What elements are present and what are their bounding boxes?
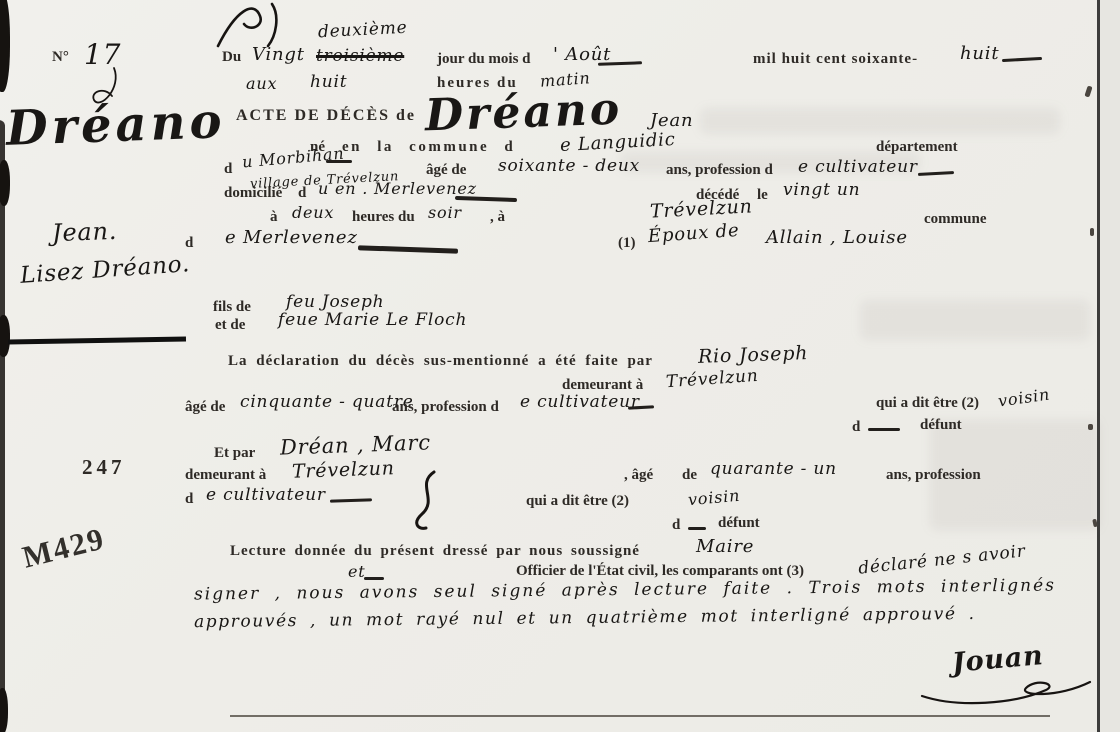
pen-stroke — [364, 577, 384, 580]
printed-du: Du — [222, 50, 241, 66]
profession-value: e cultivateur — [798, 159, 918, 177]
day-struck-word: troisième — [316, 48, 404, 66]
pen-stroke — [1002, 57, 1042, 62]
printed-d1: d — [224, 162, 232, 178]
epoux-note: Époux de — [647, 222, 740, 247]
ink-blot — [0, 688, 8, 732]
printed-a: à — [270, 210, 278, 226]
printed-virgule-a: , à — [490, 210, 505, 226]
printed-quidit2: qui a dit être (2) — [526, 494, 629, 510]
spouse-name: Allain , Louise — [766, 229, 908, 248]
printed-en-la-commune: en la commune d — [342, 140, 515, 156]
ink-blot — [0, 315, 10, 357]
printed-commune: commune — [924, 212, 987, 228]
printed-etpar: Et par — [214, 446, 255, 462]
printed-domicilie: domicilié — [224, 186, 282, 202]
printed-quidit1: qui a dit être (2) — [876, 396, 979, 412]
printed-ref1: (1) — [618, 236, 636, 252]
printed-departement: département — [876, 140, 958, 156]
printed-lecture: Lecture donnée du présent dressé par nou… — [230, 544, 640, 560]
margin-firstname-note: Jean. — [52, 219, 118, 246]
margin-surname: Dréano — [5, 96, 226, 154]
declarant1-profession: e cultivateur — [520, 394, 640, 412]
closing-line3: approuvés , un mot rayé nul et un quatri… — [194, 606, 976, 632]
printed-heures-du2: heures du — [352, 210, 415, 226]
ink-speck — [1084, 85, 1092, 97]
printed-profession3-label: ans, profession — [886, 468, 981, 484]
death-date-value: vingt un — [783, 182, 860, 200]
declarant2-relation: voisin — [687, 488, 740, 509]
printed-declaration-intro: La déclaration du décès sus-mentionné a … — [228, 354, 653, 370]
ink-blot — [0, 160, 10, 206]
pen-stroke — [688, 527, 706, 530]
printed-et-de: et de — [215, 318, 245, 334]
pen-stroke — [358, 245, 458, 253]
signature-flourish — [918, 668, 1098, 702]
et-interline: et — [348, 564, 366, 581]
record-number-label: N° — [52, 50, 69, 66]
departement-value: u Morbihan — [241, 146, 345, 172]
printed-d5: d — [185, 492, 193, 508]
bleedthrough-mark — [700, 108, 1060, 134]
acte-title: ACTE DE DÉCÈS de — [236, 108, 416, 125]
day-inserted-word: deuxième — [318, 20, 408, 43]
page-fold-line — [1097, 0, 1100, 732]
binding-shadow — [0, 0, 10, 92]
pen-stroke — [868, 428, 900, 431]
closing-line2: signer , nous avons seul signé après lec… — [194, 577, 1056, 604]
day-word: Vingt — [252, 46, 305, 65]
deceased-surname: Dréano — [424, 87, 623, 140]
pen-stroke — [598, 61, 642, 66]
declarant1-age: cinquante - quatre — [240, 394, 414, 412]
printed-age-label: âgé de — [426, 163, 466, 179]
printed-d4: d — [852, 420, 860, 436]
aux-word: aux — [246, 76, 277, 93]
year-hw-value: huit — [960, 45, 999, 64]
pen-stroke — [326, 160, 352, 163]
adjacent-page-edge — [1100, 0, 1120, 732]
pen-brace-flourish — [404, 470, 444, 532]
bottom-section-rule — [230, 715, 1050, 717]
printed-jour-du-mois: jour du mois d — [437, 52, 531, 68]
declarant1-name: Rio Joseph — [698, 344, 809, 368]
declarant1-residence: Trévelzun — [665, 368, 759, 392]
printed-age3-label: , âgé — [624, 468, 653, 484]
record-number-value: 17 — [84, 40, 121, 69]
printed-age2-label: âgé de — [185, 400, 225, 416]
printed-profession2-label: ans, profession d — [392, 400, 499, 416]
printed-profession-label: ans, profession d — [666, 163, 773, 179]
printed-demeurant2: demeurant à — [185, 468, 266, 484]
death-hour-value: deux — [292, 205, 334, 222]
soir-value: soir — [428, 205, 462, 222]
age-value: soixante - deux — [498, 158, 640, 176]
pen-stroke — [330, 498, 372, 502]
commune-value: e Merlevenez — [225, 229, 358, 248]
bleedthrough-mark — [860, 300, 1090, 340]
deceased-firstname: Jean — [650, 112, 693, 131]
domicile-value: u en . Merlevenez — [318, 181, 477, 198]
margin-divider-rule — [8, 336, 186, 344]
pen-stroke — [918, 171, 954, 176]
declarant2-age: quarante - un — [710, 461, 837, 479]
death-place-value: Trévelzun — [650, 197, 754, 222]
printed-defunt2: défunt — [718, 516, 760, 532]
folio-number: 247 — [82, 456, 126, 478]
binding-shadow — [0, 120, 5, 732]
printed-year: mil huit cent soixante- — [753, 52, 918, 68]
archive-stamp: M429 — [19, 522, 108, 574]
printed-le: le — [757, 188, 768, 204]
mother-name: feue Marie Le Floch — [278, 312, 467, 330]
ink-speck — [1090, 228, 1094, 236]
declarant2-profession: e cultivateur — [206, 487, 326, 505]
pen-stroke — [628, 405, 654, 409]
printed-officier: Officier de l'État civil, les comparants… — [516, 564, 804, 580]
margin-lisez-note: Lisez Dréano. — [19, 252, 190, 288]
printed-fils-de: fils de — [213, 300, 251, 316]
printed-defunt1: défunt — [920, 418, 962, 434]
printed-d6: d — [672, 518, 680, 534]
hour-value: huit — [310, 74, 347, 92]
scanned-death-record-page: N° 17 Dréano Jean. Lisez Dréano. 247 M42… — [0, 0, 1120, 732]
printed-d2: d — [298, 186, 306, 202]
officier-title-hw: Maire — [696, 538, 754, 557]
declare-hw: déclaré ne s avoir — [858, 543, 1027, 578]
declarant2-name: Dréan , Marc — [280, 431, 431, 458]
pen-stroke — [455, 196, 517, 202]
declarant1-relation: voisin — [997, 386, 1051, 410]
declarant2-residence: Trévelzun — [292, 459, 395, 483]
printed-de3: de — [682, 468, 697, 484]
printed-d3: d — [185, 236, 193, 252]
